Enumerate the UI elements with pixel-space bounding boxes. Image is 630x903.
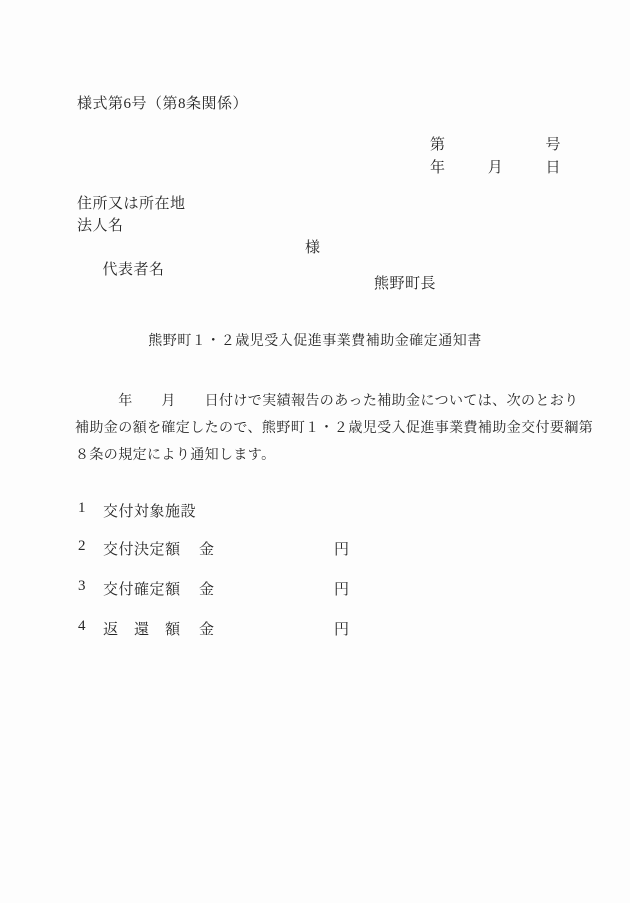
date-year-label: 年 [430,156,446,177]
item-currency-label: 金 [199,538,215,559]
body-paragraph: 年 月 日付けで実績報告のあった補助金については、次のとおり 補助金の額を確定し… [75,388,567,469]
body-line: 年 月 日付けで実績報告のあった補助金については、次のとおり [75,388,567,415]
item-label: 交付対象施設 [103,500,196,521]
item-unit-label: 円 [334,538,350,559]
item-label: 交付確定額 [103,578,181,599]
document-title: 熊野町１・２歳児受入促進事業費補助金確定通知書 [0,330,630,350]
item-number: 3 [78,578,86,595]
item-label: 交付決定額 [103,538,181,559]
date-month-label: 月 [488,156,504,177]
addressee-representative-line: 代表者名 様 [77,237,186,325]
addressee-corporation-label: 法人名 [77,215,186,237]
addressee-representative-label: 代表者名 [103,262,165,278]
issuer-name: 熊野町長 [374,272,436,293]
item-unit-label: 円 [334,618,350,639]
item-label: 返 還 額 [103,618,181,639]
body-line: 補助金の額を確定したので、熊野町１・２歳児受入促進事業費補助金交付要綱第 [75,415,567,442]
addressee-block: 住所又は所在地 法人名 代表者名 様 [77,193,186,325]
addressee-honorific: 様 [305,237,321,259]
form-number: 様式第6号（第8条関係） [77,92,248,113]
date-day-label: 日 [545,156,561,177]
item-unit-label: 円 [334,578,350,599]
item-number: 4 [78,618,86,635]
list-item-grant-confirmed-amount: 3 交付確定額 金 円 [0,578,630,598]
doc-no-suffix: 号 [545,133,561,154]
item-currency-label: 金 [199,578,215,599]
document-number-line: 第 号 [430,133,561,154]
item-currency-label: 金 [199,618,215,639]
doc-no-prefix: 第 [430,133,446,154]
body-line: ８条の規定により通知します。 [75,442,567,469]
list-item-refund-amount: 4 返 還 額 金 円 [0,618,630,638]
document-page: 様式第6号（第8条関係） 第 号 年 月 日 住所又は所在地 法人名 代表者名 … [0,0,630,903]
item-number: 1 [78,500,86,517]
item-number: 2 [78,538,86,555]
list-item-grant-decision-amount: 2 交付決定額 金 円 [0,538,630,558]
addressee-address-label: 住所又は所在地 [77,193,186,215]
date-line: 年 月 日 [430,156,561,177]
list-item-facility: 1 交付対象施設 [0,500,630,520]
